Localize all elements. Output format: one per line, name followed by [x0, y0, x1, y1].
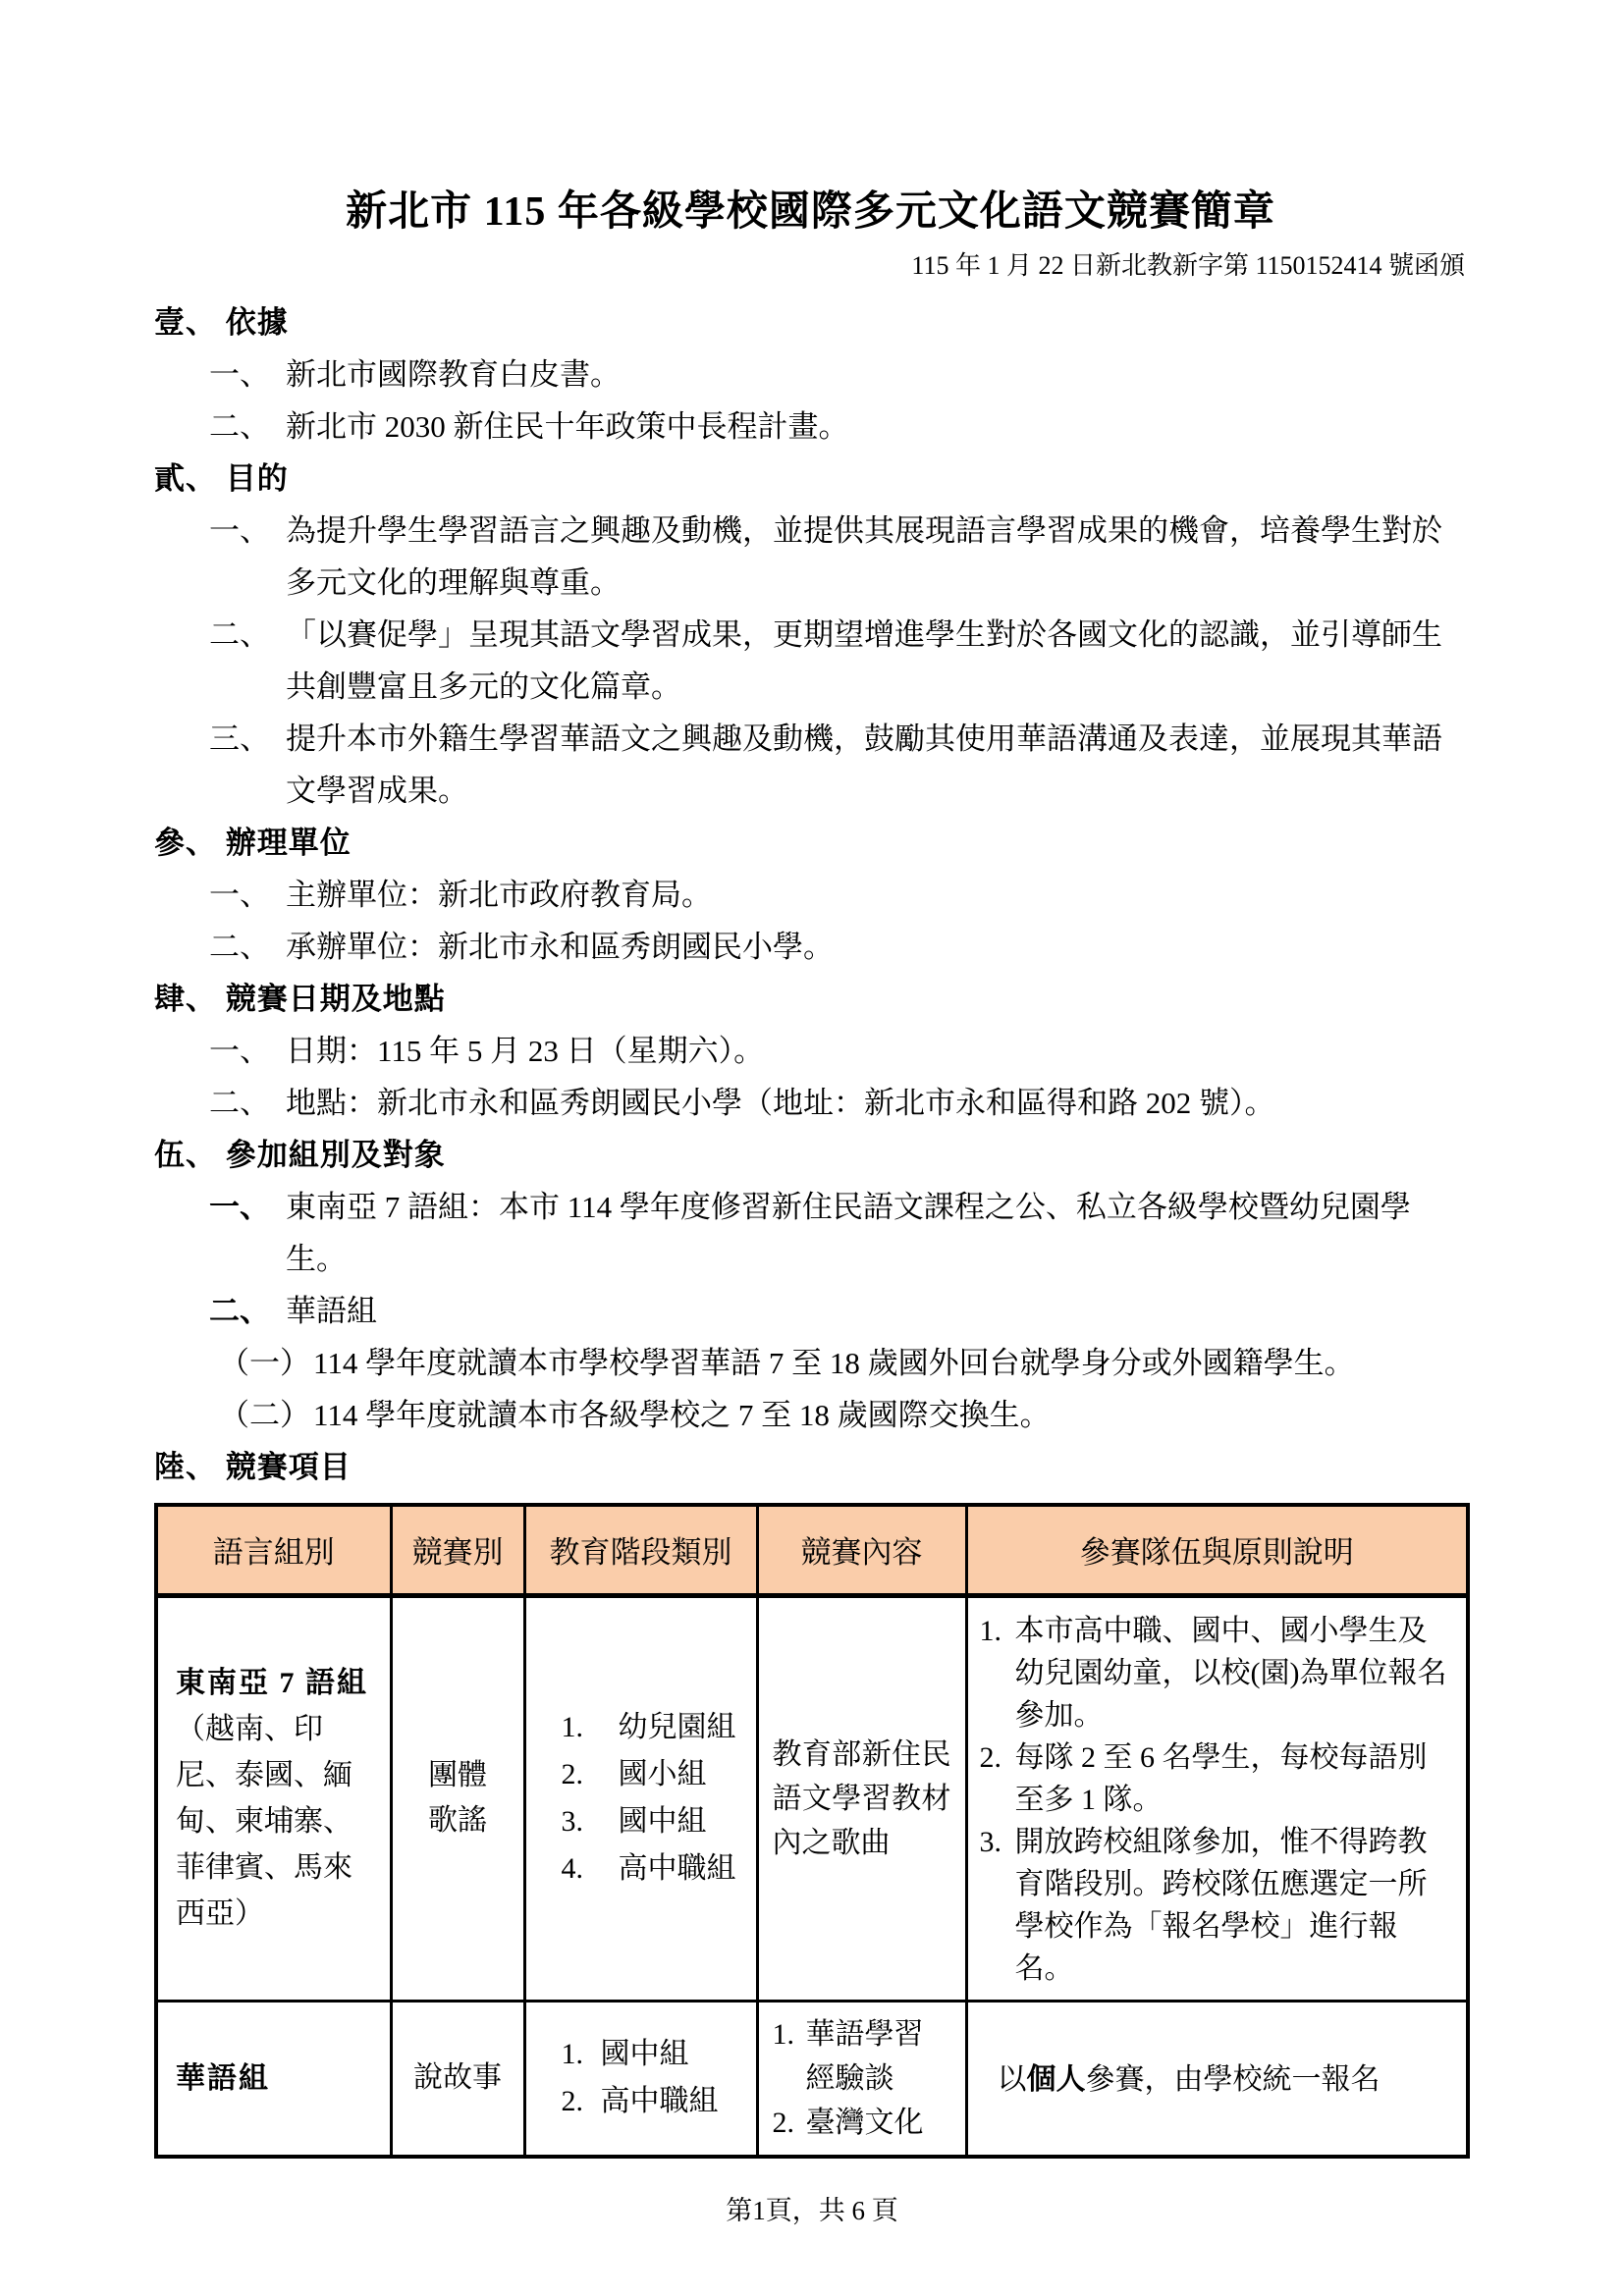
item-marker: （二） [219, 1389, 310, 1441]
item-marker: 二、 [209, 1077, 286, 1129]
item-marker: 二、 [209, 609, 286, 713]
stage-label: 高中職組 [601, 2078, 719, 2125]
group-name: 華語組 [176, 2056, 378, 2102]
list-item: 二、 華語組 [154, 1285, 1467, 1337]
list-item: 二、 新北市 2030 新住民十年政策中長程計畫。 [154, 400, 1467, 453]
document-title: 新北市 115 年各級學校國際多元文化語文競賽簡章 [154, 187, 1467, 238]
item-text: 「以賽促學」呈現其語文學習成果，更期望增進學生對於各國文化的認識，並引導師生共創… [286, 609, 1467, 713]
list-item: 一、 為提升學生學習語言之興趣及動機，並提供其展現語言學習成果的機會，培養學生對… [154, 505, 1467, 609]
stage-item: 2. 高中職組 [562, 2078, 756, 2125]
section-heading-date-venue: 肆、 競賽日期及地點 [154, 973, 1467, 1025]
section-heading-eligibility: 伍、 參加組別及對象 [154, 1129, 1467, 1181]
stage-label: 高中職組 [619, 1845, 736, 1893]
stage-item: 1. 幼兒園組 [562, 1704, 756, 1751]
rule-num: 2. [980, 1736, 1015, 1821]
stage-num: 1. [562, 2031, 601, 2078]
col-header-event-type: 競賽別 [391, 1505, 524, 1595]
content-num: 1. [773, 2012, 806, 2101]
rule-text-suffix: 參賽，由學校統一報名 [1086, 2063, 1380, 2096]
group-name: 東南亞 7 語組 [176, 1660, 378, 1706]
group-note: （越南、印尼、泰國、緬甸、柬埔寨、菲律賓、馬來西亞） [176, 1706, 378, 1937]
event-type: 團體歌謠 [426, 1753, 490, 1843]
item-text: 提升本市外籍生學習華語文之興趣及動機，鼓勵其使用華語溝通及表達，並展現其華語文學… [286, 713, 1467, 817]
item-text: 地點：新北市永和區秀朗國民小學（地址：新北市永和區得和路 202 號）。 [286, 1077, 1467, 1129]
table-row-southeast-asia: 東南亞 7 語組 （越南、印尼、泰國、緬甸、柬埔寨、菲律賓、馬來西亞） 團體歌謠… [156, 1595, 1468, 2001]
item-text: 東南亞 7 語組：本市 114 學年度修習新住民語文課程之公、私立各級學校暨幼兒… [286, 1181, 1467, 1285]
document-body: 壹、 依據 一、 新北市國際教育白皮書。 二、 新北市 2030 新住民十年政策… [154, 296, 1467, 1493]
rule-item: 3. 開放跨校組隊參加，惟不得跨教育階段別。跨校隊伍應選定一所學校作為「報名學校… [980, 1821, 1451, 1990]
rule-text-emphasis: 個人 [1027, 2063, 1086, 2096]
rule-item: 1. 本市高中職、國中、國小學生及幼兒園幼童，以校(園)為單位報名參加。 [980, 1610, 1451, 1736]
section-heading-purpose: 貳、 目的 [154, 453, 1467, 505]
table-row-mandarin: 華語組 說故事 1. 國中組 2. 高中職組 [156, 2001, 1468, 2157]
stage-item: 3. 國中組 [562, 1798, 756, 1845]
list-item: 二、 承辦單位：新北市永和區秀朗國民小學。 [154, 921, 1467, 973]
stage-num: 4. [562, 1845, 619, 1893]
list-item: 一、 新北市國際教育白皮書。 [154, 348, 1467, 400]
list-item: 一、 日期：115 年 5 月 23 日（星期六）。 [154, 1025, 1467, 1077]
item-marker: （一） [219, 1337, 310, 1389]
list-item: 三、 提升本市外籍生學習華語文之興趣及動機，鼓勵其使用華語溝通及表達，並展現其華… [154, 713, 1467, 817]
item-text: 為提升學生學習語言之興趣及動機，並提供其展現語言學習成果的機會，培養學生對於多元… [286, 505, 1467, 609]
table-header-row: 語言組別 競賽別 教育階段類別 競賽內容 參賽隊伍與原則說明 [156, 1505, 1468, 1595]
cell-event-type: 團體歌謠 [391, 1595, 524, 2001]
cell-education-stages: 1. 幼兒園組 2. 國小組 3. 國中組 4. 高中職組 [524, 1595, 757, 2001]
cell-competition-content: 教育部新住民語文學習教材內之歌曲 [757, 1595, 966, 2001]
stage-num: 2. [562, 2078, 601, 2125]
content-label: 華語學習經驗談 [806, 2012, 951, 2101]
stage-label: 國小組 [619, 1751, 707, 1798]
cell-competition-content: 1. 華語學習經驗談 2. 臺灣文化 [757, 2001, 966, 2157]
item-marker: 三、 [209, 713, 286, 817]
item-text: 主辦單位：新北市政府教育局。 [286, 869, 1467, 921]
rule-text: 開放跨校組隊參加，惟不得跨教育階段別。跨校隊伍應選定一所學校作為「報名學校」進行… [1015, 1821, 1451, 1990]
content-item: 2. 臺灣文化 [773, 2101, 951, 2145]
item-marker: 一、 [209, 505, 286, 609]
col-header-content: 競賽內容 [757, 1505, 966, 1595]
list-item: 一、 東南亞 7 語組：本市 114 學年度修習新住民語文課程之公、私立各級學校… [154, 1181, 1467, 1285]
cell-language-group: 東南亞 7 語組 （越南、印尼、泰國、緬甸、柬埔寨、菲律賓、馬來西亞） [156, 1595, 391, 2001]
rule-num: 1. [980, 1610, 1015, 1736]
stage-label: 國中組 [619, 1798, 707, 1845]
cell-team-rules: 1. 本市高中職、國中、國小學生及幼兒園幼童，以校(園)為單位報名參加。 2. … [966, 1595, 1468, 2001]
competition-table: 語言組別 競賽別 教育階段類別 競賽內容 參賽隊伍與原則說明 東南亞 7 語組 … [154, 1503, 1470, 2159]
item-marker: 二、 [209, 921, 286, 973]
col-header-team-rules: 參賽隊伍與原則說明 [966, 1505, 1468, 1595]
item-marker: 一、 [209, 869, 286, 921]
stage-item: 4. 高中職組 [562, 1845, 756, 1893]
section-heading-events: 陸、 競賽項目 [154, 1441, 1467, 1493]
item-text: 新北市 2030 新住民十年政策中長程計畫。 [286, 400, 1467, 453]
item-marker: 一、 [209, 1025, 286, 1077]
rule-text: 每隊 2 至 6 名學生，每校每語別至多 1 隊。 [1015, 1736, 1451, 1821]
item-text: 日期：115 年 5 月 23 日（星期六）。 [286, 1025, 1467, 1077]
list-item: 一、 主辦單位：新北市政府教育局。 [154, 869, 1467, 921]
rule-text: 本市高中職、國中、國小學生及幼兒園幼童，以校(園)為單位報名參加。 [1015, 1610, 1451, 1736]
item-text: 華語組 [286, 1285, 1467, 1337]
content-label: 臺灣文化 [806, 2101, 924, 2145]
rule-num: 3. [980, 1821, 1015, 1990]
item-text: 114 學年度就讀本市各級學校之 7 至 18 歲國際交換生。 [313, 1389, 1467, 1441]
stage-num: 3. [562, 1798, 619, 1845]
issue-number-line: 115 年 1 月 22 日新北教新字第 1150152414 號函頒 [154, 249, 1467, 283]
list-item: 二、 「以賽促學」呈現其語文學習成果，更期望增進學生對於各國文化的認識，並引導師… [154, 609, 1467, 713]
stage-item: 1. 國中組 [562, 2031, 756, 2078]
content-item: 1. 華語學習經驗談 [773, 2012, 951, 2101]
col-header-language-group: 語言組別 [156, 1505, 391, 1595]
cell-team-rules: 以個人參賽，由學校統一報名 [966, 2001, 1468, 2157]
item-marker: 一、 [209, 348, 286, 400]
item-text: 新北市國際教育白皮書。 [286, 348, 1467, 400]
list-item: 二、 地點：新北市永和區秀朗國民小學（地址：新北市永和區得和路 202 號）。 [154, 1077, 1467, 1129]
cell-event-type: 說故事 [391, 2001, 524, 2157]
page-number-footer: 第1頁，共 6 頁 [0, 2189, 1624, 2227]
item-marker: 一、 [209, 1181, 286, 1285]
section-heading-organizers: 參、 辦理單位 [154, 817, 1467, 869]
col-header-education-stage: 教育階段類別 [524, 1505, 757, 1595]
item-text: 承辦單位：新北市永和區秀朗國民小學。 [286, 921, 1467, 973]
stage-label: 幼兒園組 [619, 1704, 736, 1751]
stage-label: 國中組 [601, 2031, 689, 2078]
content-num: 2. [773, 2101, 806, 2145]
item-marker: 二、 [209, 1285, 286, 1337]
document-page: 新北市 115 年各級學校國際多元文化語文競賽簡章 115 年 1 月 22 日… [0, 0, 1624, 2296]
cell-education-stages: 1. 國中組 2. 高中職組 [524, 2001, 757, 2157]
rule-item: 2. 每隊 2 至 6 名學生，每校每語別至多 1 隊。 [980, 1736, 1451, 1821]
content-text: 教育部新住民語文學習教材內之歌曲 [773, 1733, 951, 1865]
event-type: 說故事 [413, 2061, 502, 2094]
stage-num: 1. [562, 1704, 619, 1751]
item-marker: 二、 [209, 400, 286, 453]
stage-item: 2. 國小組 [562, 1751, 756, 1798]
cell-language-group: 華語組 [156, 2001, 391, 2157]
section-heading-basis: 壹、 依據 [154, 296, 1467, 348]
list-item: （一） 114 學年度就讀本市學校學習華語 7 至 18 歲國外回台就學身分或外… [154, 1337, 1467, 1389]
rule-text-prefix: 以 [998, 2063, 1027, 2096]
item-text: 114 學年度就讀本市學校學習華語 7 至 18 歲國外回台就學身分或外國籍學生… [313, 1337, 1467, 1389]
list-item: （二） 114 學年度就讀本市各級學校之 7 至 18 歲國際交換生。 [154, 1389, 1467, 1441]
stage-num: 2. [562, 1751, 619, 1798]
